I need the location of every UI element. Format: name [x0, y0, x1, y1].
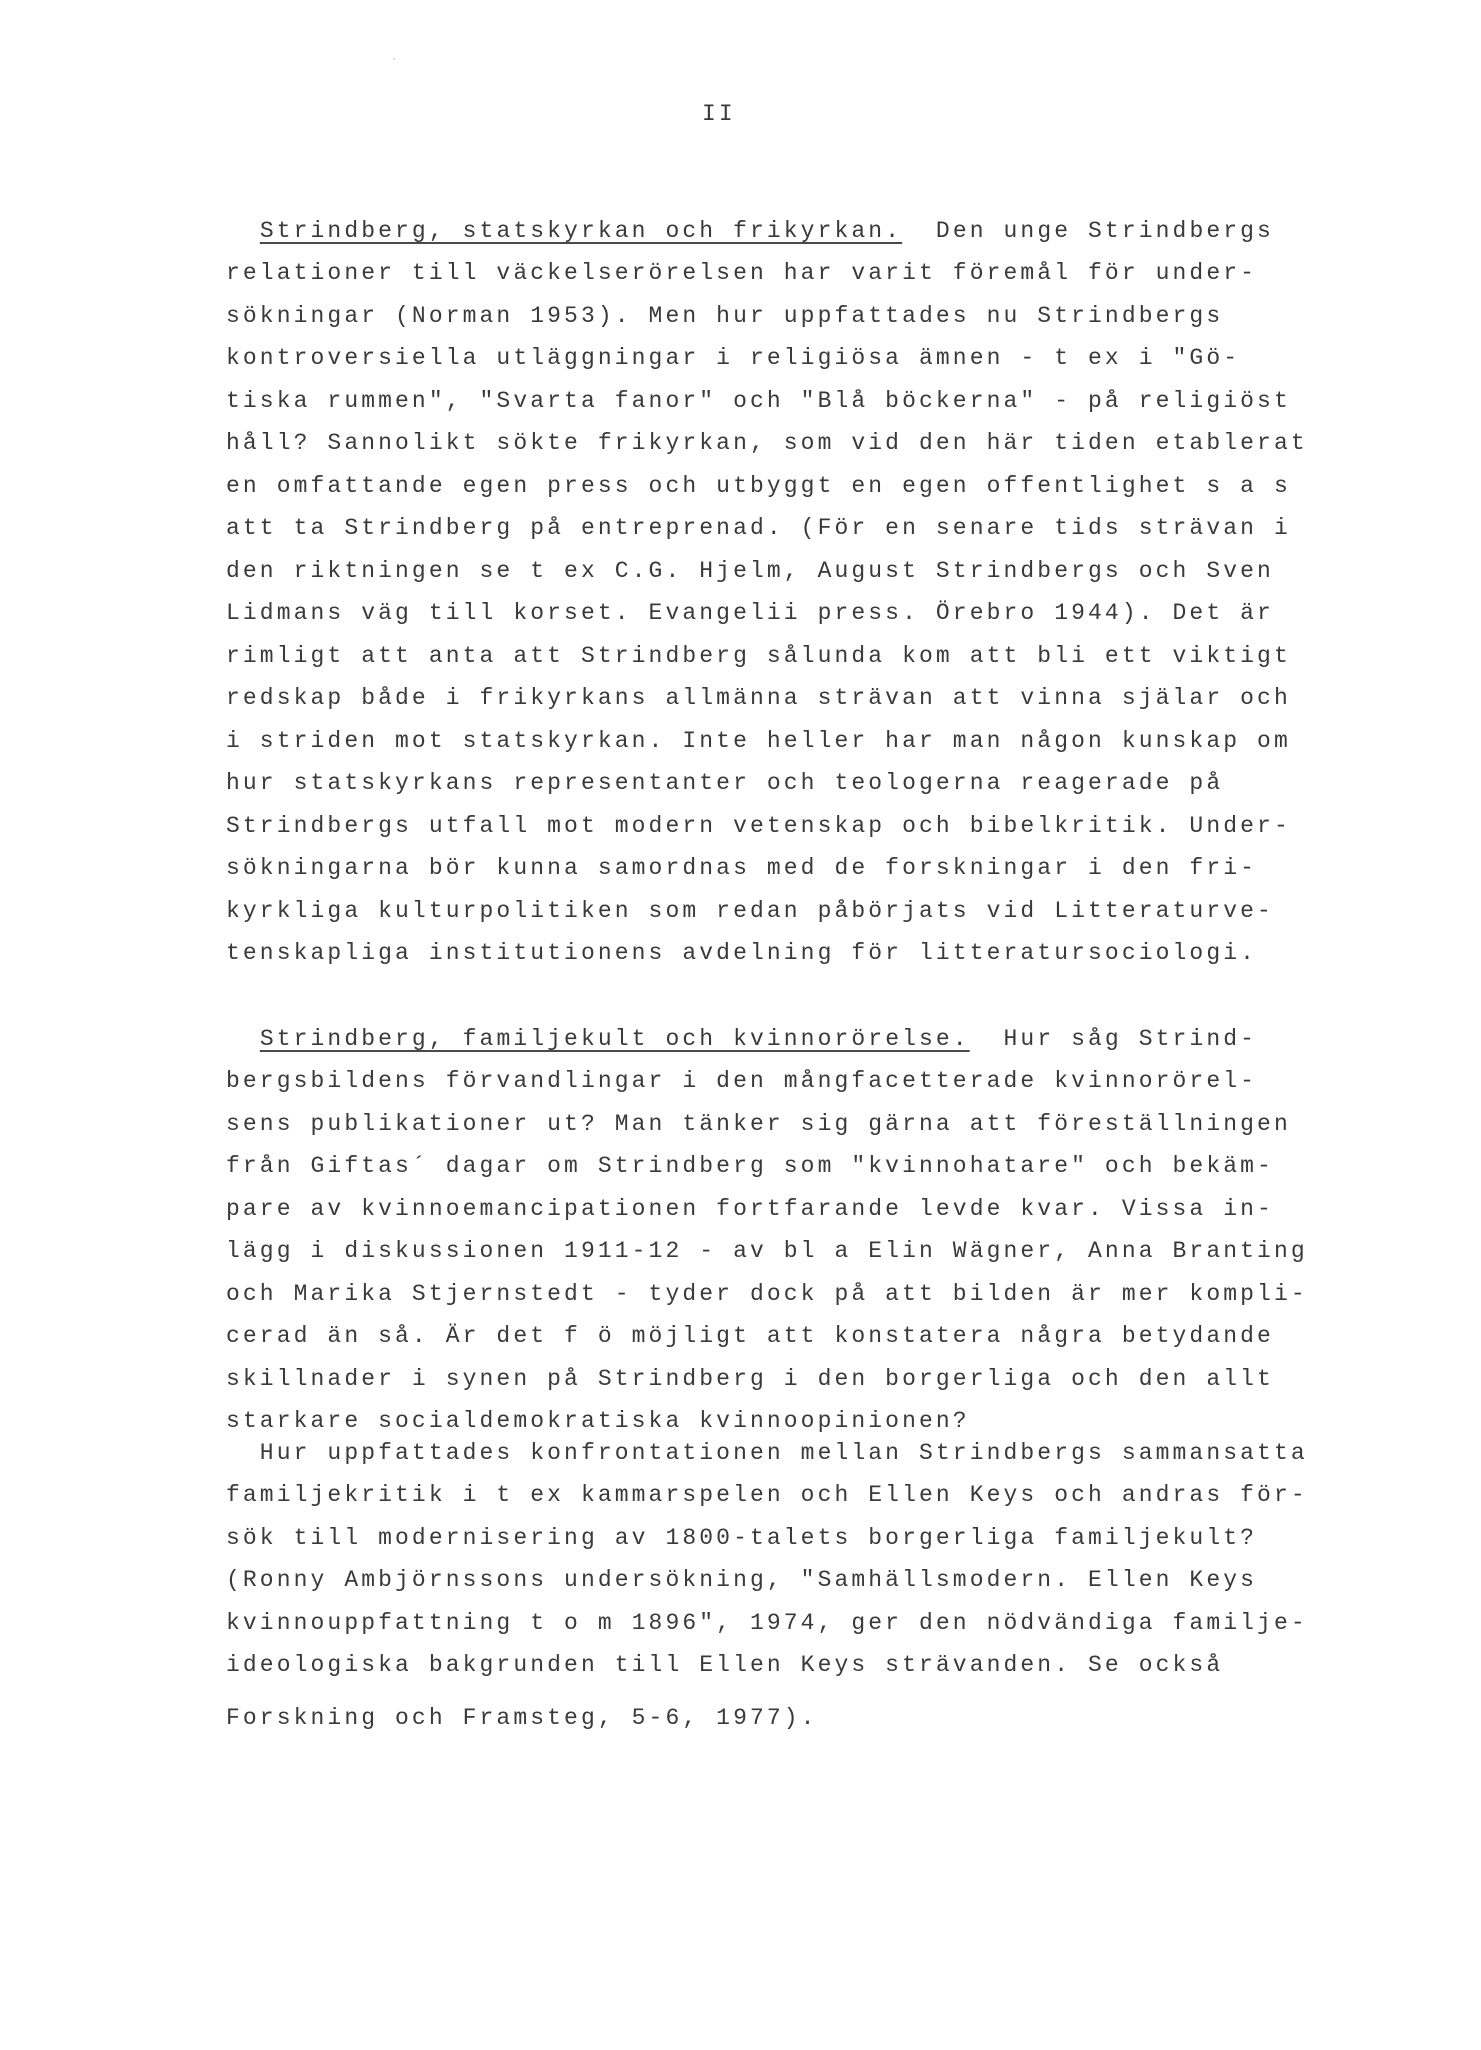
- section-heading: Strindberg, familjekult och kvinnorörels…: [260, 1026, 970, 1052]
- paragraph-line: sens publikationer ut? Man tänker sig gä…: [226, 1109, 1291, 1139]
- paragraph-line: sök till modernisering av 1800-talets bo…: [226, 1523, 1257, 1553]
- paragraph-line: lägg i diskussionen 1911-12 - av bl a El…: [226, 1236, 1308, 1266]
- paragraph-line: och Marika Stjernstedt - tyder dock på a…: [226, 1279, 1308, 1309]
- paragraph-line: pare av kvinnoemancipationen fortfarande…: [226, 1194, 1274, 1224]
- paragraph-line: Strindbergs utfall mot modern vetenskap …: [226, 811, 1291, 841]
- paragraph-line: (Ronny Ambjörnssons undersökning, "Samhä…: [226, 1565, 1257, 1595]
- paragraph-line: rimligt att anta att Strindberg sålunda …: [226, 641, 1291, 671]
- paragraph-line: bergsbildens förvandlingar i den mångfac…: [226, 1066, 1257, 1096]
- paragraph-line: Hur såg Strind-: [970, 1026, 1257, 1052]
- page-number: II: [702, 99, 736, 129]
- section-heading: Strindberg, statskyrkan och frikyrkan.: [260, 218, 902, 244]
- section-1-first-line: Strindberg, statskyrkan och frikyrkan. D…: [226, 216, 1274, 246]
- paragraph-line: att ta Strindberg på entreprenad. (För e…: [226, 513, 1291, 543]
- paragraph-line: Lidmans väg till korset. Evangelii press…: [226, 598, 1274, 628]
- paragraph-line: redskap både i frikyrkans allmänna sträv…: [226, 683, 1291, 713]
- paragraph-line: ideologiska bakgrunden till Ellen Keys s…: [226, 1650, 1223, 1680]
- paragraph-line: hur statskyrkans representanter och teol…: [226, 768, 1223, 798]
- paragraph-line: tiska rummen", "Svarta fanor" och "Blå b…: [226, 386, 1291, 416]
- paragraph-line: familjekritik i t ex kammarspelen och El…: [226, 1480, 1308, 1510]
- paragraph-line: håll? Sannolikt sökte frikyrkan, som vid…: [226, 428, 1308, 458]
- paragraph-line: tenskapliga institutionens avdelning för…: [226, 938, 1257, 968]
- paragraph-line: en omfattande egen press och utbyggt en …: [226, 471, 1291, 501]
- paragraph-line: sökningar (Norman 1953). Men hur uppfatt…: [226, 301, 1223, 331]
- paragraph-line: Hur uppfattades konfrontationen mellan S…: [226, 1438, 1308, 1468]
- scan-speck: [393, 58, 395, 60]
- paragraph-line: skillnader i synen på Strindberg i den b…: [226, 1364, 1274, 1394]
- paragraph-line: kvinnouppfattning t o m 1896", 1974, ger…: [226, 1608, 1308, 1638]
- paragraph-line: relationer till väckelserörelsen har var…: [226, 258, 1257, 288]
- paragraph-line: Den unge Strindbergs: [902, 218, 1274, 244]
- document-page: II Strindberg, statskyrkan och frikyrkan…: [0, 0, 1481, 2050]
- paragraph-line: den riktningen se t ex C.G. Hjelm, Augus…: [226, 556, 1274, 586]
- paragraph-line: från Giftas´ dagar om Strindberg som "kv…: [226, 1151, 1274, 1181]
- paragraph-line: kyrkliga kulturpolitiken som redan påbör…: [226, 896, 1274, 926]
- paragraph-line: Forskning och Framsteg, 5-6, 1977).: [226, 1703, 818, 1733]
- paragraph-line: cerad än så. Är det f ö möjligt att kons…: [226, 1321, 1274, 1351]
- section-2-first-line: Strindberg, familjekult och kvinnorörels…: [226, 1024, 1257, 1054]
- paragraph-line: starkare socialdemokratiska kvinnoopinio…: [226, 1406, 970, 1436]
- paragraph-line: i striden mot statskyrkan. Inte heller h…: [226, 726, 1291, 756]
- paragraph-line: kontroversiella utläggningar i religiösa…: [226, 343, 1240, 373]
- paragraph-line: sökningarna bör kunna samordnas med de f…: [226, 853, 1257, 883]
